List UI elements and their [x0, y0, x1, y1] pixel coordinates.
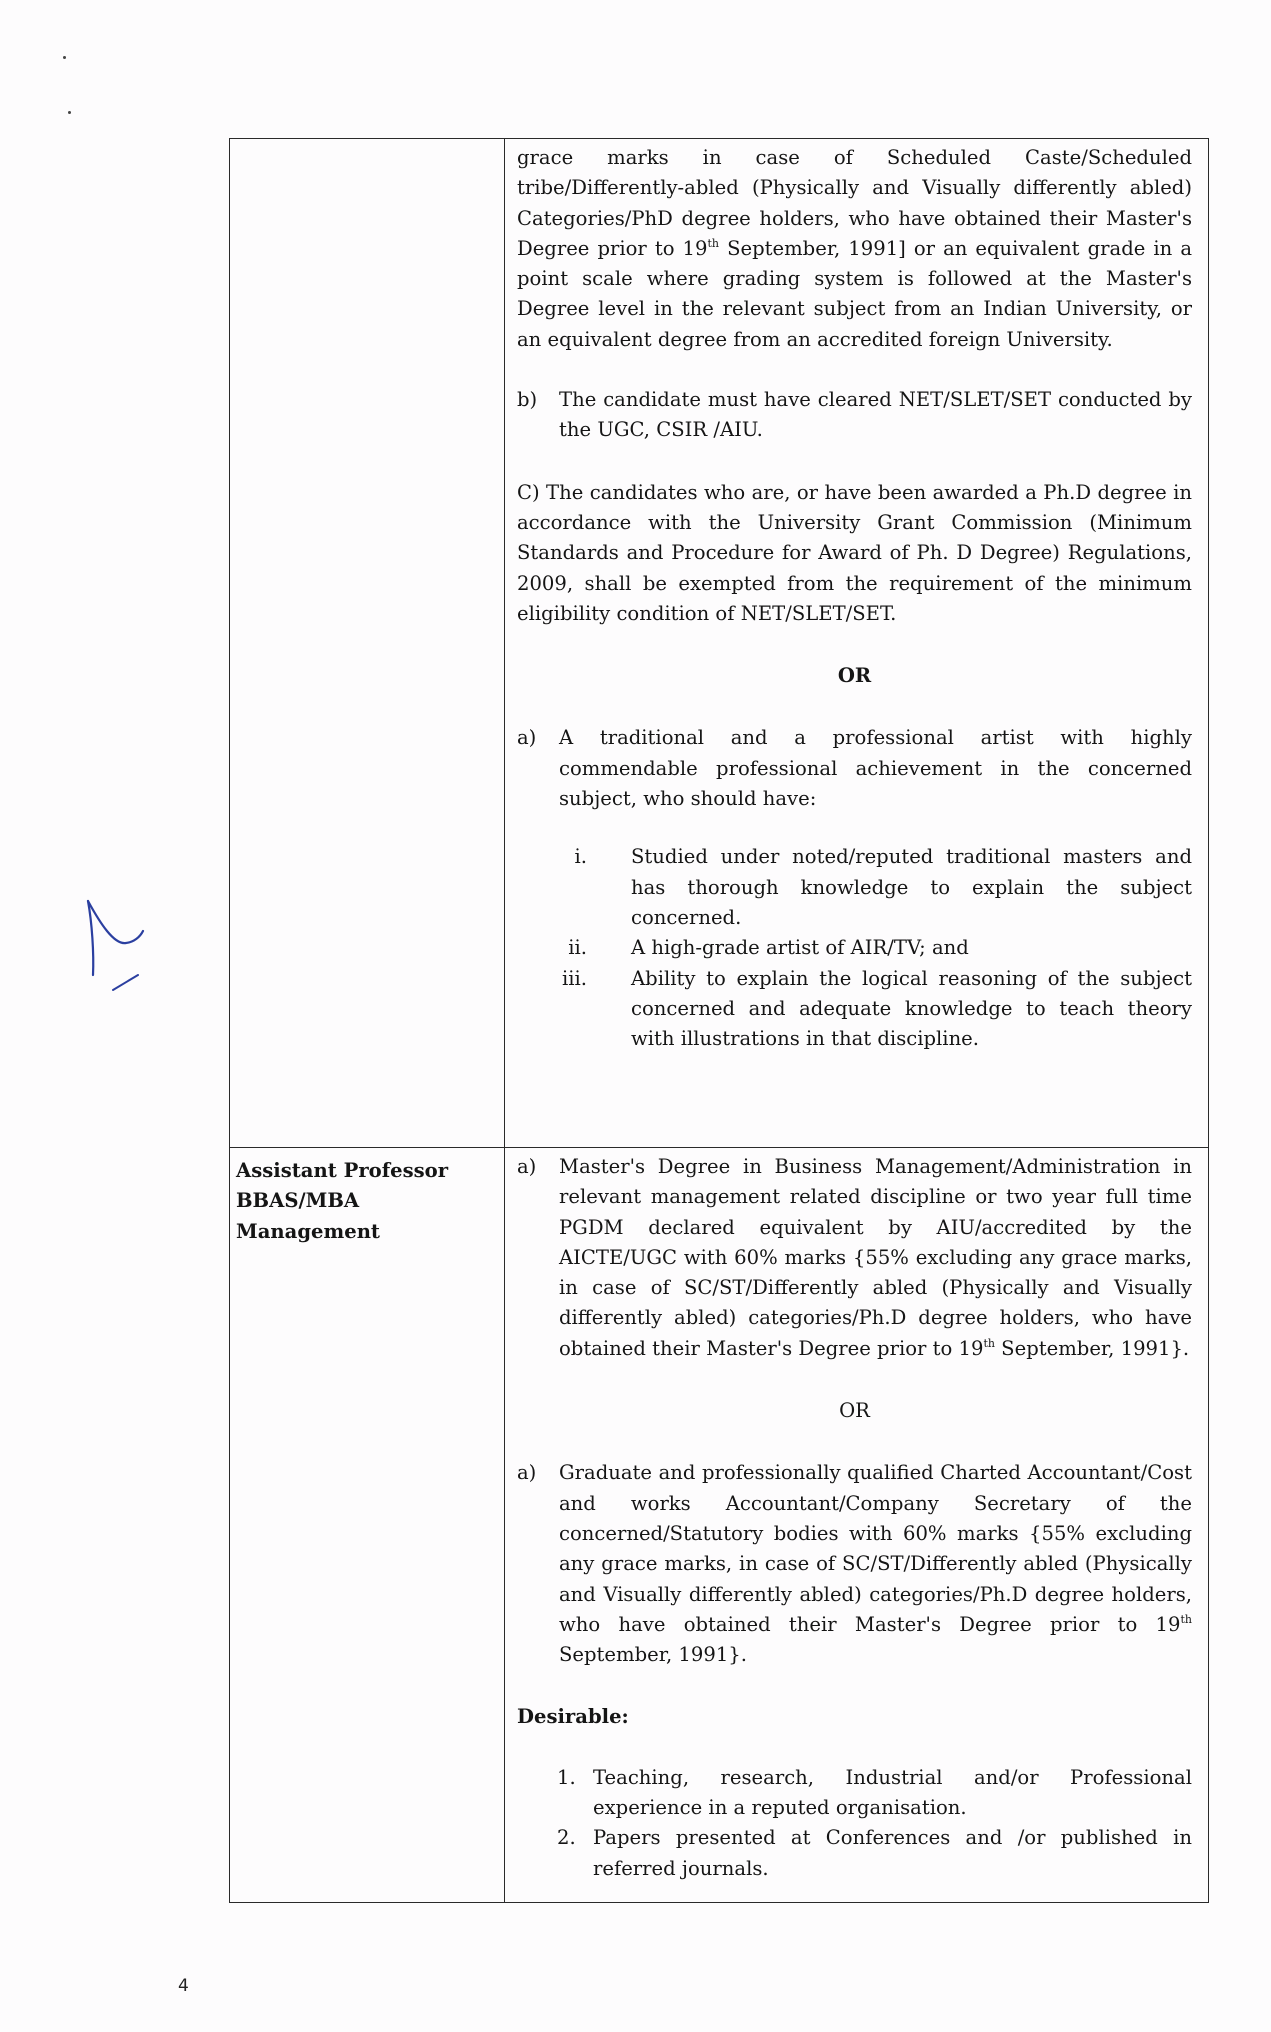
list-item: 2. Papers presented at Conferences and /… — [557, 1823, 1192, 1884]
list-item-a: a) A traditional and a professional arti… — [517, 723, 1192, 814]
qualification-cell: grace marks in case of Scheduled Caste/S… — [505, 139, 1209, 1148]
list-item: i. Studied under noted/reputed tradition… — [573, 842, 1192, 933]
or-separator: OR — [517, 661, 1192, 691]
list-item-a: a) Master's Degree in Business Managemen… — [517, 1152, 1192, 1364]
qualification-cell: a) Master's Degree in Business Managemen… — [505, 1148, 1209, 1903]
scan-speck — [63, 56, 66, 59]
list-item-b: b) The candidate must have cleared NET/S… — [517, 385, 1192, 446]
table-row: grace marks in case of Scheduled Caste/S… — [230, 139, 1209, 1148]
list-item: iii. Ability to explain the logical reas… — [573, 964, 1192, 1055]
scan-speck — [68, 111, 71, 114]
desirable-list: 1. Teaching, research, Industrial and/or… — [517, 1763, 1192, 1884]
table-row: Assistant Professor BBAS/MBA Management … — [230, 1148, 1209, 1903]
desirable-heading: Desirable: — [517, 1702, 1192, 1732]
roman-list: i. Studied under noted/reputed tradition… — [517, 842, 1192, 1054]
list-item-a: a) Graduate and professionally qualified… — [517, 1458, 1192, 1670]
post-cell — [230, 139, 505, 1148]
page-number: 4 — [178, 1976, 189, 1996]
post-cell: Assistant Professor BBAS/MBA Management — [230, 1148, 505, 1903]
list-item-c: C) The candidates who are, or have been … — [517, 478, 1192, 629]
list-item: 1. Teaching, research, Industrial and/or… — [557, 1763, 1192, 1824]
continuation-text: grace marks in case of Scheduled Caste/S… — [517, 143, 1192, 355]
or-separator: OR — [517, 1396, 1192, 1426]
post-title: Assistant Professor BBAS/MBA Management — [236, 1156, 496, 1247]
qualification-table: grace marks in case of Scheduled Caste/S… — [229, 138, 1209, 1903]
list-item: ii. A high-grade artist of AIR/TV; and — [573, 933, 1192, 963]
handwritten-mark-icon — [80, 893, 150, 998]
